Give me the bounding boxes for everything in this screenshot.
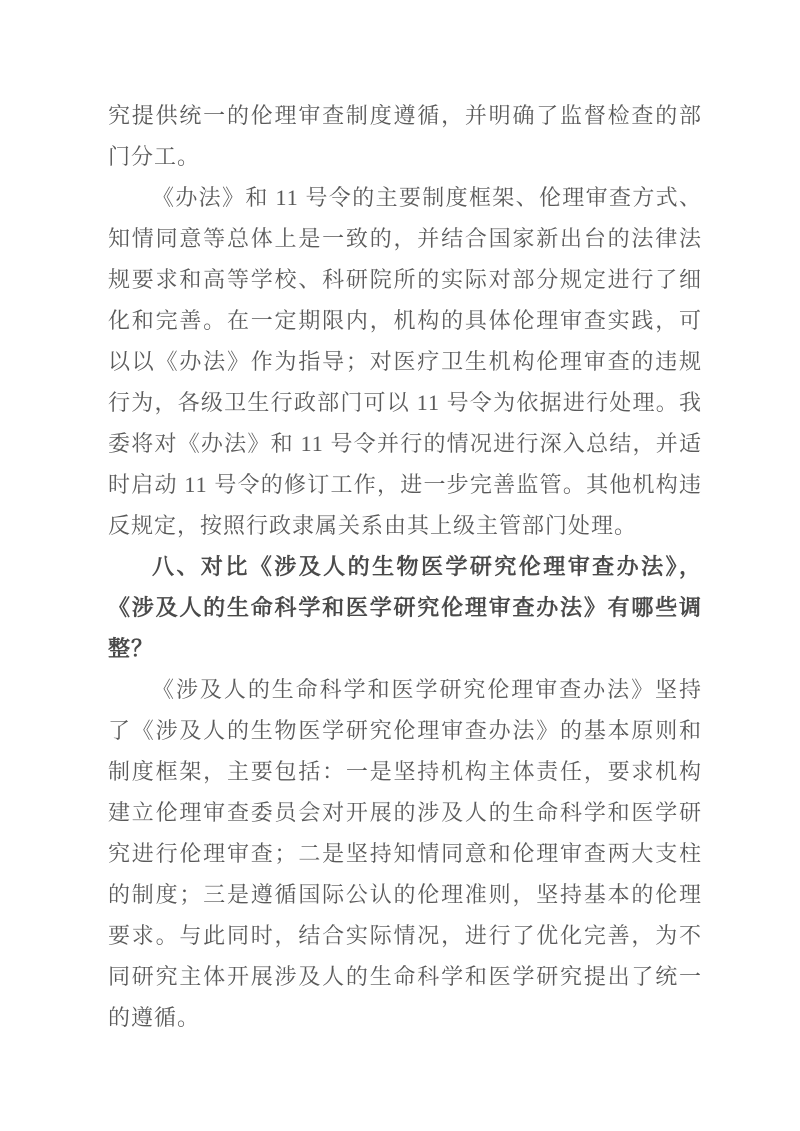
paragraph-banfa-comparison: 《办法》和 11 号令的主要制度框架、伦理审查方式、知情同意等总体上是一致的，并… <box>108 177 702 546</box>
section-heading-question-8: 八、对比《涉及人的生物医学研究伦理审查办法》，《涉及人的生命科学和医学研究伦理审… <box>108 546 702 669</box>
paragraph-answer-question-8: 《涉及人的生命科学和医学研究伦理审查办法》坚持了《涉及人的生物医学研究伦理审查办… <box>108 669 702 1038</box>
paragraph-continuation: 究提供统一的伦理审查制度遵循，并明确了监督检查的部门分工。 <box>108 95 702 177</box>
document-text-block: 究提供统一的伦理审查制度遵循，并明确了监督检查的部门分工。 《办法》和 11 号… <box>108 95 702 1038</box>
document-page: 究提供统一的伦理审查制度遵循，并明确了监督检查的部门分工。 《办法》和 11 号… <box>0 0 800 1131</box>
